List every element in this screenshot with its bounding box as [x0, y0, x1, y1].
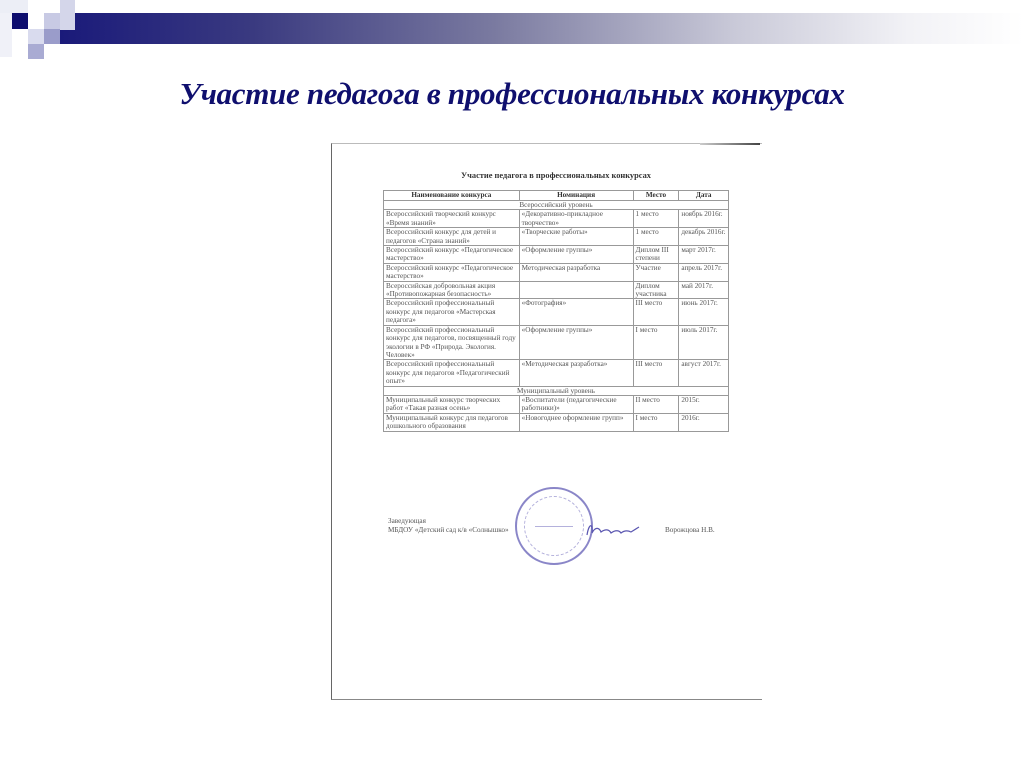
date-cell: март 2017г. — [679, 246, 729, 264]
nomination-cell: «Оформление группы» — [519, 246, 633, 264]
table-row: Всероссийский конкурс «Педагогическое ма… — [384, 263, 729, 281]
column-header: Дата — [679, 191, 729, 201]
header-gradient-bar — [60, 13, 1024, 44]
place-cell: III место — [633, 299, 679, 325]
competitions-table: Наименование конкурса Номинация Место Да… — [383, 190, 729, 432]
header-decoration-square — [60, 0, 75, 30]
date-cell: апрель 2017г. — [679, 263, 729, 281]
table-row: Всероссийский конкурс «Педагогическое ма… — [384, 246, 729, 264]
header-decoration-square — [0, 0, 28, 13]
signer-name: Ворожцова Н.В. — [665, 526, 715, 534]
competition-name-cell: Всероссийский профессиональный конкурс д… — [384, 360, 520, 386]
nomination-cell: «Методическая разработка» — [519, 360, 633, 386]
nomination-cell — [519, 281, 633, 299]
competition-name-cell: Всероссийский конкурс «Педагогическое ма… — [384, 246, 520, 264]
column-header: Наименование конкурса — [384, 191, 520, 201]
page-edge — [700, 143, 760, 145]
place-cell: III место — [633, 360, 679, 386]
document-title: Участие педагога в профессиональных конк… — [383, 171, 729, 180]
place-cell: Участие — [633, 263, 679, 281]
nomination-cell: «Декоративно-прикладное творчество» — [519, 210, 633, 228]
nomination-cell: «Творческие работы» — [519, 228, 633, 246]
competition-name-cell: Всероссийский творческий конкурс «Время … — [384, 210, 520, 228]
date-cell: июнь 2017г. — [679, 299, 729, 325]
slide-title: Участие педагога в профессиональных конк… — [0, 76, 1024, 112]
header-decoration-square — [44, 13, 60, 29]
competition-name-cell: Всероссийский профессиональный конкурс д… — [384, 325, 520, 360]
table-row: Всероссийский профессиональный конкурс д… — [384, 360, 729, 386]
header-decoration-square — [44, 29, 60, 44]
nomination-cell: «Фотография» — [519, 299, 633, 325]
date-cell: 2015г. — [679, 395, 729, 413]
competition-name-cell: Всероссийская добровольная акция «Против… — [384, 281, 520, 299]
date-cell: декабрь 2016г. — [679, 228, 729, 246]
table-row: Всероссийский конкурс для детей и педаго… — [384, 228, 729, 246]
table-section-row: Муниципальный уровень — [384, 386, 729, 395]
place-cell: II место — [633, 395, 679, 413]
signer-organization: МБДОУ «Детский сад к/в «Солнышко» — [388, 526, 509, 535]
date-cell: август 2017г. — [679, 360, 729, 386]
place-cell: 1 место — [633, 228, 679, 246]
table-row: Всероссийский профессиональный конкурс д… — [384, 299, 729, 325]
section-level-label: Муниципальный уровень — [384, 386, 729, 395]
column-header: Место — [633, 191, 679, 201]
place-cell: I место — [633, 325, 679, 360]
nomination-cell: «Воспитатели (педагогические работники)» — [519, 395, 633, 413]
place-cell: Диплом III степени — [633, 246, 679, 264]
place-cell: I место — [633, 413, 679, 431]
nomination-cell: «Оформление группы» — [519, 325, 633, 360]
nomination-cell: «Новогоднее оформление групп» — [519, 413, 633, 431]
official-stamp — [515, 487, 593, 565]
competition-name-cell: Всероссийский профессиональный конкурс д… — [384, 299, 520, 325]
table-row: Муниципальный конкурс для педагогов дошк… — [384, 413, 729, 431]
date-cell: 2016г. — [679, 413, 729, 431]
table-header-row: Наименование конкурса Номинация Место Да… — [384, 191, 729, 201]
competition-name-cell: Муниципальный конкурс творческих работ «… — [384, 395, 520, 413]
signature — [583, 519, 643, 541]
date-cell: ноябрь 2016г. — [679, 210, 729, 228]
table-row: Муниципальный конкурс творческих работ «… — [384, 395, 729, 413]
table-row: Всероссийская добровольная акция «Против… — [384, 281, 729, 299]
table-section-row: Всероссийский уровень — [384, 201, 729, 210]
nomination-cell: Методическая разработка — [519, 263, 633, 281]
header-decoration-square — [28, 29, 44, 44]
signer-position: Заведующая — [388, 517, 509, 526]
date-cell: июль 2017г. — [679, 325, 729, 360]
signature-block: Заведующая МБДОУ «Детский сад к/в «Солны… — [388, 517, 509, 535]
competition-name-cell: Всероссийский конкурс для детей и педаго… — [384, 228, 520, 246]
header-decoration-square — [0, 13, 12, 57]
table-row: Всероссийский профессиональный конкурс д… — [384, 325, 729, 360]
header-decoration-square — [28, 44, 44, 59]
date-cell: май 2017г. — [679, 281, 729, 299]
competition-name-cell: Всероссийский конкурс «Педагогическое ма… — [384, 263, 520, 281]
section-level-label: Всероссийский уровень — [384, 201, 729, 210]
table-row: Всероссийский творческий конкурс «Время … — [384, 210, 729, 228]
column-header: Номинация — [519, 191, 633, 201]
header-decoration-square — [12, 13, 28, 29]
place-cell: 1 место — [633, 210, 679, 228]
competition-name-cell: Муниципальный конкурс для педагогов дошк… — [384, 413, 520, 431]
place-cell: Диплом участника — [633, 281, 679, 299]
